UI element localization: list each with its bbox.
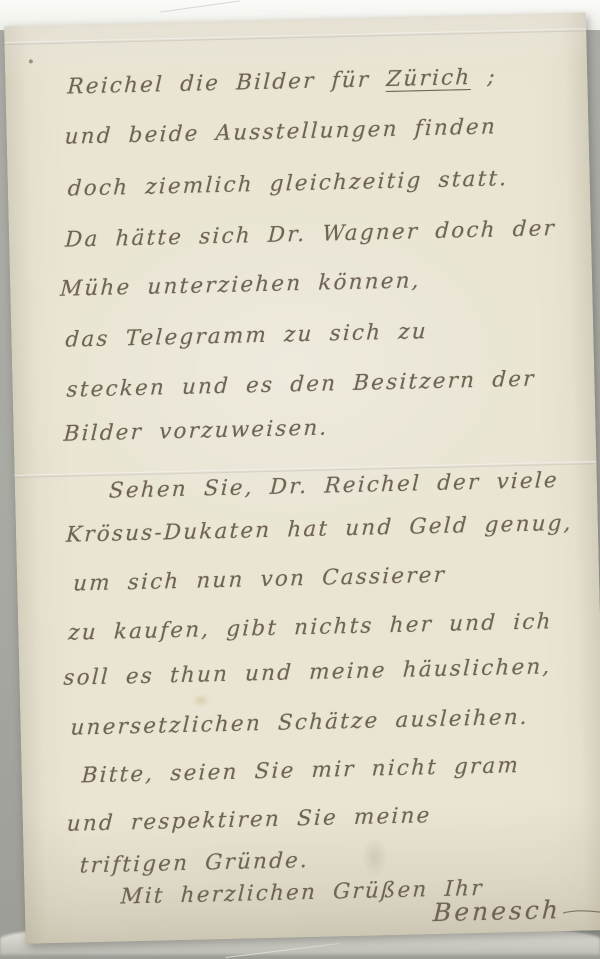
letter-line: zu kaufen, gibt nichts her und ich [68,609,553,645]
letter-line: Reichel die Bilder für Zürich ; [67,64,498,99]
letter-line: um sich nun von Cassierer [73,563,447,597]
letter-line: Da hätte sich Dr. Wagner doch der [64,216,556,253]
letter-line: doch ziemlich gleichzeitig statt. [67,166,509,201]
letter-line: Mit herzlichen Grüßen Ihr [120,876,484,910]
signature: Benesch [432,892,600,927]
fold-crease-top [4,28,586,45]
photo-background: Reichel die Bilder für Zürich ; und beid… [0,0,600,959]
paper-stain [361,837,388,878]
letter-line: triftigen Gründe. [79,848,309,878]
letter-line: das Telegramm zu sich zu [65,319,429,353]
letter-line: und respektiren Sie meine [66,803,432,837]
signature-flourish-stroke [562,903,600,920]
paper-stain [29,59,33,63]
letter-line-text: ; [471,64,498,90]
letter-line: Bitte, seien Sie mir nicht gram [81,753,521,788]
letter-line: stecken und es den Besitzern der [66,367,536,403]
paper-stain [192,693,210,707]
underlined-word: Zürich [386,65,472,92]
letter-line: unersetzlichen Schätze ausleihen. [70,705,529,741]
letter-line-text: Reichel die Bilder für [67,67,387,100]
signature-text: Benesch [432,895,561,927]
letter-line: Mühe unterziehen können, [60,268,422,302]
letter-line: soll es thun und meine häuslichen, [63,654,552,691]
letter-line: Krösus-Dukaten hat und Geld genug, [65,511,573,548]
letter-line: Bilder vorzuweisen. [63,415,329,446]
letter-line: und beide Ausstellungen finden [64,114,497,149]
letter-page: Reichel die Bilder für Zürich ; und beid… [4,12,600,943]
